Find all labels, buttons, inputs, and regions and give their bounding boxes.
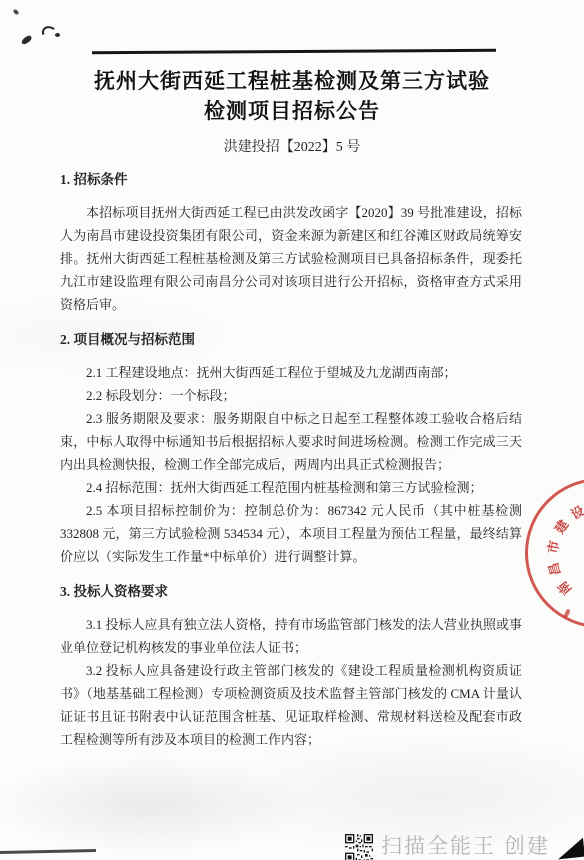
paragraph: 2.5 本项目招标控制价为：控制总价为：867342 元人民币（其中桩基检测 3… bbox=[60, 499, 522, 568]
section-bidder-qualifications: 3. 投标人资格要求 3.1 投标人应具有独立法人资格，持有市场监管部门核发的法… bbox=[60, 580, 522, 751]
qr-code-icon bbox=[345, 834, 373, 860]
seal-character: 建 bbox=[552, 517, 571, 536]
red-seal-stamp: 设 建 市 昌 南 bbox=[525, 478, 584, 628]
document-title: 抚州大街西延工程桩基检测及第三方试验 检测项目招标公告 bbox=[0, 66, 584, 126]
document-title-line2: 检测项目招标公告 bbox=[0, 96, 584, 126]
section-heading: 2. 项目概况与招标范围 bbox=[60, 328, 522, 351]
paragraph: 2.2 标段划分：一个标段； bbox=[60, 384, 522, 407]
paragraph: 2.1 工程建设地点：抚州大街西延工程位于望城及九龙湖西南部； bbox=[60, 361, 522, 384]
section-project-overview: 2. 项目概况与招标范围 2.1 工程建设地点：抚州大街西延工程位于望城及九龙湖… bbox=[60, 328, 522, 568]
ink-smudge bbox=[41, 25, 57, 40]
page-corner-fold bbox=[556, 838, 584, 860]
section-tender-conditions: 1. 招标条件 本招标项目抚州大街西延工程已由洪发改函字【2020】39 号批准… bbox=[60, 168, 522, 316]
seal-character: 市 bbox=[546, 539, 562, 555]
section-heading: 1. 招标条件 bbox=[60, 168, 522, 191]
seal-character: 南 bbox=[555, 578, 575, 598]
header-rule bbox=[92, 49, 496, 54]
scan-edge-line bbox=[0, 849, 96, 854]
document-body: 1. 招标条件 本招标项目抚州大街西延工程已由洪发改函字【2020】39 号批准… bbox=[60, 168, 522, 751]
paragraph: 3.1 投标人应具有独立法人资格，持有市场监管部门核发的法人营业执照或事业单位登… bbox=[60, 613, 522, 659]
ink-smudge bbox=[20, 35, 33, 45]
seal-character: 设 bbox=[568, 503, 584, 522]
camscanner-watermark: 扫描全能王 创建 bbox=[381, 830, 550, 860]
scanned-document-page: 抚州大街西延工程桩基检测及第三方试验 检测项目招标公告 洪建投招【2022】5 … bbox=[0, 0, 584, 860]
seal-ink-mark bbox=[563, 609, 570, 619]
paragraph: 2.4 招标范围：抚州大街西延工程范围内桩基检测和第三方试验检测； bbox=[60, 476, 522, 499]
section-heading: 3. 投标人资格要求 bbox=[60, 580, 522, 603]
ink-smudge bbox=[55, 33, 60, 37]
paragraph: 本招标项目抚州大街西延工程已由洪发改函字【2020】39 号批准建设，招标人为南… bbox=[60, 201, 522, 316]
paragraph: 3.2 投标人应具备建设行政主管部门核发的《建设工程质量检测机构资质证书》（地基… bbox=[60, 659, 522, 751]
document-title-line1: 抚州大街西延工程桩基检测及第三方试验 bbox=[0, 66, 584, 96]
document-number: 洪建投招【2022】5 号 bbox=[0, 136, 584, 156]
seal-character: 昌 bbox=[546, 560, 563, 577]
paragraph: 2.3 服务期限及要求：服务期限自中标之日起至工程整体竣工验收合格后结束，中标人… bbox=[60, 407, 522, 476]
ink-smudge bbox=[12, 9, 19, 16]
